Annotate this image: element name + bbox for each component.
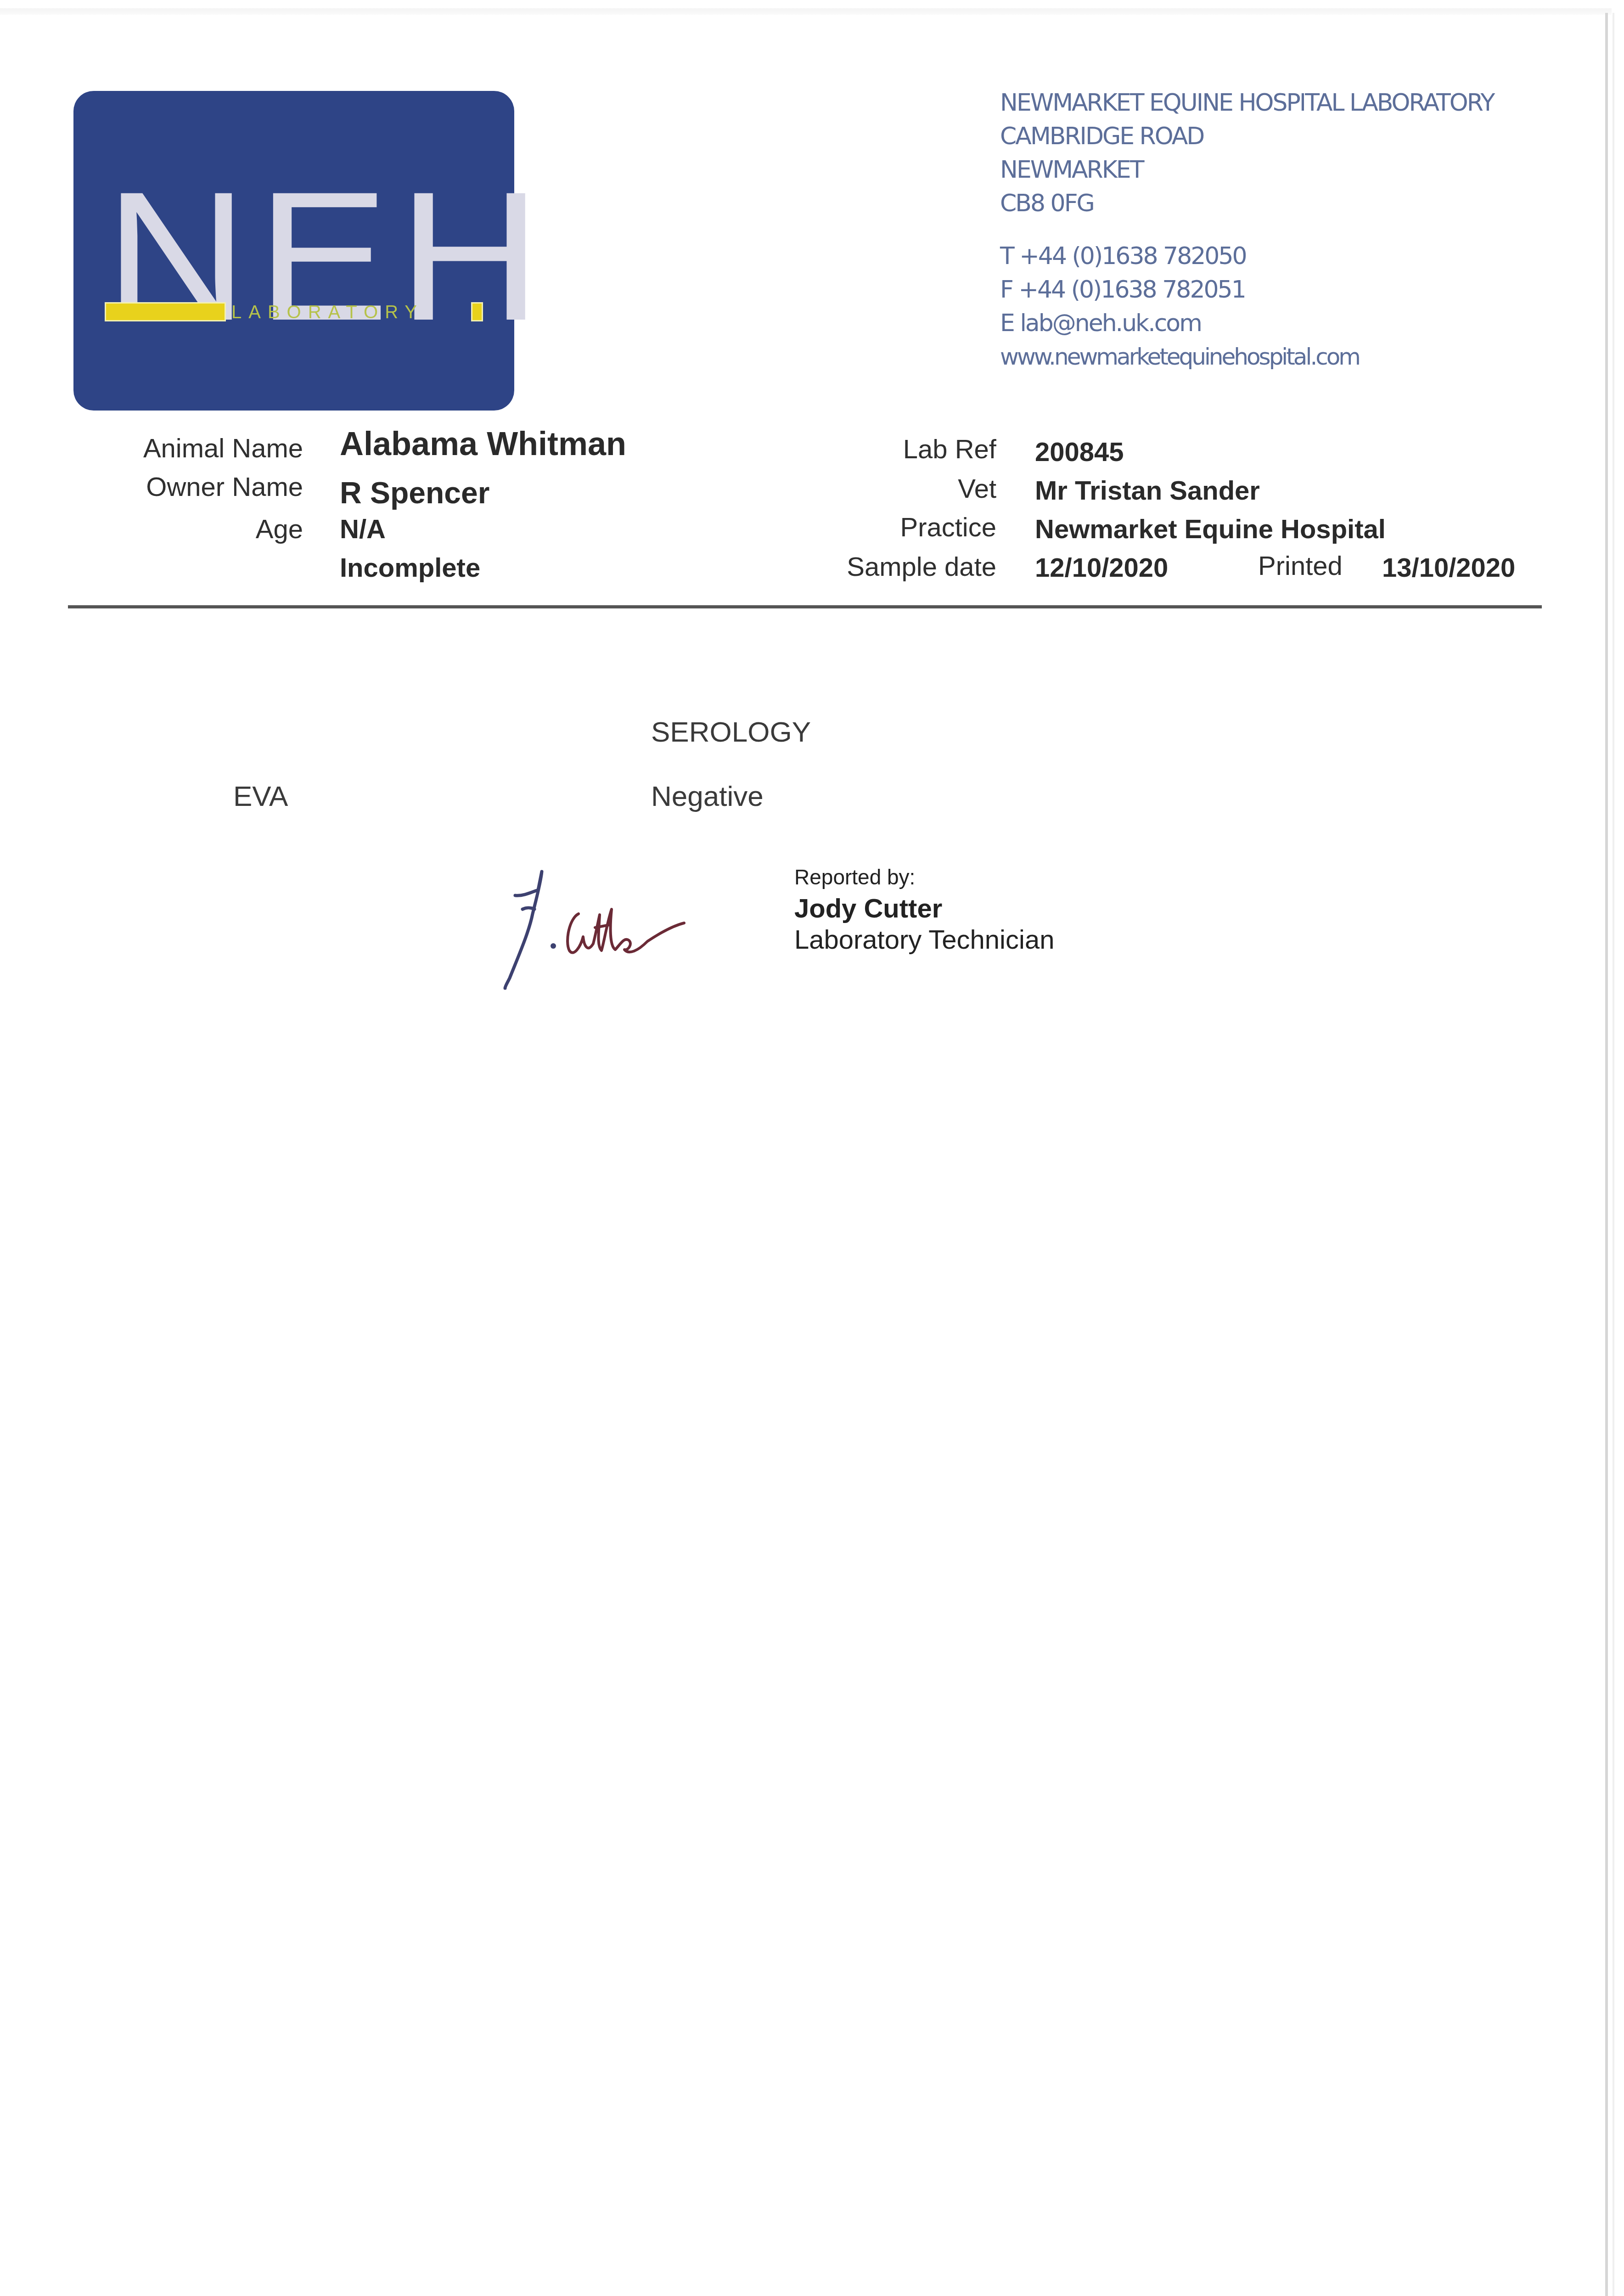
scan-edge-right-shadow xyxy=(1613,13,1614,2296)
signature-initial xyxy=(505,872,542,988)
animal-name-value: Alabama Whitman xyxy=(340,428,626,460)
contact-email[interactable]: E lab@neh.uk.com xyxy=(1000,307,1494,340)
sample-date-label: Sample date xyxy=(781,551,996,583)
signature-image xyxy=(487,863,771,1001)
address-line-town: NEWMARKET xyxy=(1000,153,1494,187)
address-line-postcode: CB8 0FG xyxy=(1000,187,1494,220)
signature-surname xyxy=(568,909,684,953)
practice-value: Newmarket Equine Hospital xyxy=(1035,513,1386,546)
reported-by-label: Reported by: xyxy=(794,864,915,890)
logo-accent-bar-right xyxy=(471,302,483,321)
signature-dot xyxy=(551,943,556,949)
contact-fax: F +44 (0)1638 782051 xyxy=(1000,273,1494,307)
sample-date-value: 12/10/2020 xyxy=(1035,552,1168,584)
test-result: Negative xyxy=(651,781,764,813)
logo-subtitle: LABORATORY xyxy=(231,301,424,323)
status-value: Incomplete xyxy=(340,552,480,584)
address-line-street: CAMBRIDGE ROAD xyxy=(1000,120,1494,153)
owner-name-label: Owner Name xyxy=(92,471,303,503)
vet-value: Mr Tristan Sander xyxy=(1035,475,1260,507)
lab-ref-label: Lab Ref xyxy=(781,433,996,466)
contact-website[interactable]: www.newmarketequinehospital.com xyxy=(1000,340,1494,374)
neh-laboratory-logo: NEH LABORATORY xyxy=(73,91,514,411)
lab-address-block: NEWMARKET EQUINE HOSPITAL LABORATORY CAM… xyxy=(1000,86,1494,374)
section-title-serology: SEROLOGY xyxy=(651,716,811,748)
age-value: N/A xyxy=(340,513,386,546)
animal-name-label: Animal Name xyxy=(92,433,303,465)
logo-accent-bar-left xyxy=(105,302,226,321)
printed-value: 13/10/2020 xyxy=(1382,552,1515,584)
header-divider xyxy=(68,605,1542,608)
reporter-title: Laboratory Technician xyxy=(794,925,1054,955)
reporter-name: Jody Cutter xyxy=(794,894,942,924)
contact-telephone: T +44 (0)1638 782050 xyxy=(1000,240,1494,273)
owner-name-value: R Spencer xyxy=(340,477,489,509)
address-spacer xyxy=(1000,220,1494,240)
test-name: EVA xyxy=(233,781,288,813)
lab-ref-value: 200845 xyxy=(1035,436,1124,468)
address-line-organisation: NEWMARKET EQUINE HOSPITAL LABORATORY xyxy=(1000,86,1494,120)
age-label: Age xyxy=(92,513,303,546)
printed-label: Printed xyxy=(1258,550,1345,582)
vet-label: Vet xyxy=(781,473,996,505)
scan-edge-right xyxy=(1605,13,1608,2296)
scan-edge-top xyxy=(0,8,1612,15)
practice-label: Practice xyxy=(781,512,996,544)
